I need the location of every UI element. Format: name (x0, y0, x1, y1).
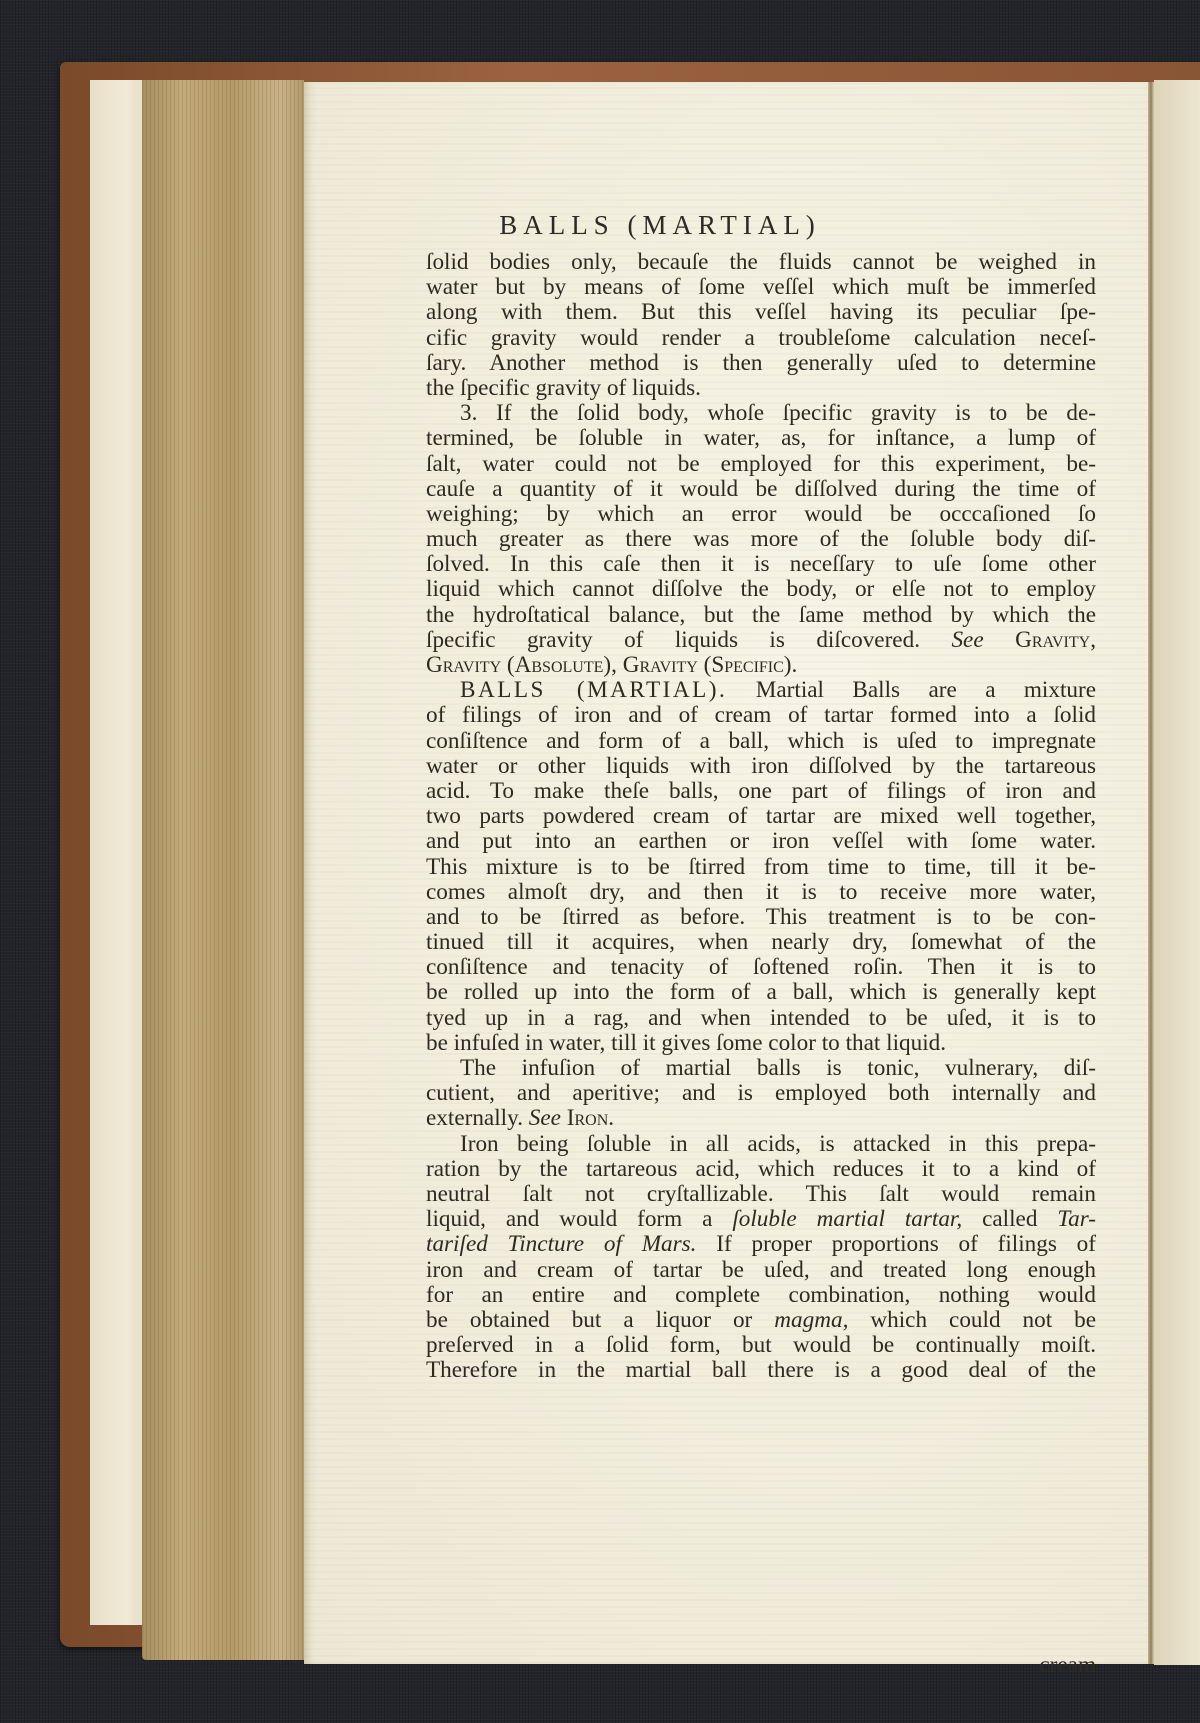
see-label: See (951, 627, 983, 653)
endpaper (90, 80, 150, 1625)
line-text: water but by means of ſome veſſel which … (426, 274, 1096, 300)
line-text: tyed up in a rag, and when intended to b… (426, 1005, 1096, 1031)
cross-reference: Gravity, (1015, 627, 1096, 653)
text-line: conſiſtence and form of a ball, which is… (426, 729, 1096, 754)
line-text: ſpecific gravity of liquids is diſcovere… (426, 627, 920, 653)
text-line: conſiſtence and tenacity of ſoftened roſ… (426, 955, 1096, 980)
text-line: be infuſed in water, till it gives ſome … (426, 1031, 1096, 1056)
line-text: ſalt, water could not be employed for th… (426, 451, 1096, 477)
line-text: 3. If the ſolid body, whoſe ſpecific gra… (460, 400, 1096, 426)
text-line: along with them. But this veſſel having … (426, 300, 1096, 325)
text-line: cutient, and aperitive; and is employed … (426, 1081, 1096, 1106)
text-line: be obtained but a liquor or magma, which… (426, 1308, 1096, 1333)
see-label: See (529, 1105, 561, 1131)
text-line: liquid, and would form a ſoluble martial… (426, 1207, 1096, 1232)
text-line: 3. If the ſolid body, whoſe ſpecific gra… (426, 401, 1096, 426)
page-stack-edge (142, 80, 304, 1660)
line-text: be infuſed in water, till it gives ſome … (426, 1030, 946, 1056)
italic-term: magma, (774, 1307, 848, 1333)
text-line: tinued till it acquires, when nearly dry… (426, 930, 1096, 955)
line-text: the hydroſtatical balance, but the ſame … (426, 602, 1096, 628)
line-text: cific gravity would render a troubleſome… (426, 325, 1096, 351)
text-line: acid. To make theſe balls, one part of f… (426, 779, 1096, 804)
line-text: If proper proportions of filings of (716, 1231, 1096, 1257)
text-line: ſalt, water could not be employed for th… (426, 452, 1096, 477)
line-text: the ſpecific gravity of liquids. (426, 375, 701, 401)
line-text: conſiſtence and tenacity of ſoftened roſ… (426, 954, 1096, 980)
text-line: two parts powdered cream of tartar are m… (426, 804, 1096, 829)
line-text: comes almoſt dry, and then it is to rece… (426, 879, 1096, 905)
line-text: which could not be (870, 1307, 1096, 1333)
line-text: The infuſion of martial balls is tonic, … (460, 1055, 1096, 1081)
cross-reference: Gravity (Absolute), Gravity (Specific). (426, 652, 797, 678)
line-text: This mixture is to be ſtirred from time … (426, 854, 1096, 880)
text-line: preſerved in a ſolid form, but would be … (426, 1333, 1096, 1358)
text-line: and to be ſtirred as before. This treatm… (426, 905, 1096, 930)
text-line: neutral ſalt not cryſtallizable. This ſa… (426, 1182, 1096, 1207)
line-text: iron and cream of tartar be uſed, and tr… (426, 1257, 1096, 1283)
text-line: Iron being ſoluble in all acids, is atta… (426, 1132, 1096, 1157)
italic-term: Tar- (1057, 1206, 1096, 1232)
catchword-block: cream (426, 1653, 1096, 1678)
text-line: ſolved. In this caſe then it is neceſſar… (426, 552, 1096, 577)
line-text: weighing; by which an error would be occ… (426, 501, 1096, 527)
italic-term: tariſed Tincture of Mars. (426, 1231, 696, 1257)
line-text: preſerved in a ſolid form, but would be … (426, 1332, 1096, 1358)
text-line: Therefore in the martial ball there is a… (426, 1358, 1096, 1383)
text-line: the hydroſtatical balance, but the ſame … (426, 603, 1096, 628)
text-line: Gravity (Absolute), Gravity (Specific). (426, 653, 1096, 678)
line-text: called (982, 1206, 1037, 1232)
text-line: comes almoſt dry, and then it is to rece… (426, 880, 1096, 905)
text-line: of filings of iron and of cream of tarta… (426, 703, 1096, 728)
line-text: cutient, and aperitive; and is employed … (426, 1080, 1096, 1106)
text-line: tyed up in a rag, and when intended to b… (426, 1006, 1096, 1031)
line-text: be obtained but a liquor or (426, 1307, 752, 1333)
italic-term: ſoluble martial tartar, (732, 1206, 962, 1232)
line-text: water or other liquids with iron diſſolv… (426, 753, 1096, 779)
line-text: tinued till it acquires, when nearly dry… (426, 929, 1096, 955)
running-head-text: BALLS (MARTIAL) (499, 210, 821, 241)
text-line: water but by means of ſome veſſel which … (426, 275, 1096, 300)
line-text: along with them. But this veſſel having … (426, 299, 1096, 325)
line-text: much greater as there was more of the ſo… (426, 526, 1096, 552)
line-text: Iron being ſoluble in all acids, is atta… (460, 1131, 1096, 1157)
line-text: conſiſtence and form of a ball, which is… (426, 728, 1096, 754)
text-line: externally. See Iron. (426, 1106, 1096, 1131)
line-text: Martial Balls are a mixture (756, 677, 1096, 703)
line-text: ſolid bodies only, becauſe the fluids ca… (426, 249, 1096, 275)
text-line: weighing; by which an error would be occ… (426, 502, 1096, 527)
cross-reference: Iron. (567, 1105, 614, 1131)
line-text: ration by the tartareous acid, which red… (426, 1156, 1096, 1182)
line-text: ſary. Another method is then generally u… (426, 350, 1096, 376)
text-line: termined, be ſoluble in water, as, for i… (426, 426, 1096, 451)
text-line: ſpecific gravity of liquids is diſcovere… (426, 628, 1096, 653)
running-head: BALLS (MARTIAL) (0, 210, 1200, 241)
line-text: liquid, and would form a (426, 1206, 712, 1232)
text-line: ſolid bodies only, becauſe the fluids ca… (426, 250, 1096, 275)
line-text: and put into an earthen or iron veſſel w… (426, 828, 1096, 854)
line-text: externally. (426, 1105, 523, 1131)
facing-page-edge (1154, 80, 1200, 1665)
text-line: This mixture is to be ſtirred from time … (426, 855, 1096, 880)
text-line: the ſpecific gravity of liquids. (426, 376, 1096, 401)
text-line: liquid which cannot diſſolve the body, o… (426, 577, 1096, 602)
line-text: ſolved. In this caſe then it is neceſſar… (426, 551, 1096, 577)
text-line: tariſed Tincture of Mars. If proper prop… (426, 1232, 1096, 1257)
line-text: two parts powdered cream of tartar are m… (426, 803, 1096, 829)
line-text: Therefore in the martial ball there is a… (426, 1357, 1096, 1383)
line-text: termined, be ſoluble in water, as, for i… (426, 425, 1096, 451)
text-line: The infuſion of martial balls is tonic, … (426, 1056, 1096, 1081)
line-text: of filings of iron and of cream of tarta… (426, 702, 1096, 728)
text-line: cific gravity would render a troubleſome… (426, 326, 1096, 351)
text-line: and put into an earthen or iron veſſel w… (426, 829, 1096, 854)
line-text: and to be ſtirred as before. This treatm… (426, 904, 1096, 930)
catchword: cream (426, 1653, 1096, 1678)
line-text: cauſe a quantity of it would be diſſolve… (426, 476, 1096, 502)
text-line: for an entire and complete combination, … (426, 1283, 1096, 1308)
page-body-text: ſolid bodies only, becauſe the fluids ca… (426, 250, 1096, 1383)
line-text: liquid which cannot diſſolve the body, o… (426, 576, 1096, 602)
text-line: ration by the tartareous acid, which red… (426, 1157, 1096, 1182)
entry-heading: BALLS (MARTIAL). (460, 677, 727, 703)
line-text: acid. To make theſe balls, one part of f… (426, 778, 1096, 804)
text-line: BALLS (MARTIAL). Martial Balls are a mix… (426, 678, 1096, 703)
text-line: cauſe a quantity of it would be diſſolve… (426, 477, 1096, 502)
text-line: be rolled up into the form of a ball, wh… (426, 980, 1096, 1005)
text-line: water or other liquids with iron diſſolv… (426, 754, 1096, 779)
line-text: be rolled up into the form of a ball, wh… (426, 979, 1096, 1005)
text-line: much greater as there was more of the ſo… (426, 527, 1096, 552)
line-text: neutral ſalt not cryſtallizable. This ſa… (426, 1181, 1096, 1207)
line-text: for an entire and complete combination, … (426, 1282, 1096, 1308)
text-line: ſary. Another method is then generally u… (426, 351, 1096, 376)
text-line: iron and cream of tartar be uſed, and tr… (426, 1258, 1096, 1283)
